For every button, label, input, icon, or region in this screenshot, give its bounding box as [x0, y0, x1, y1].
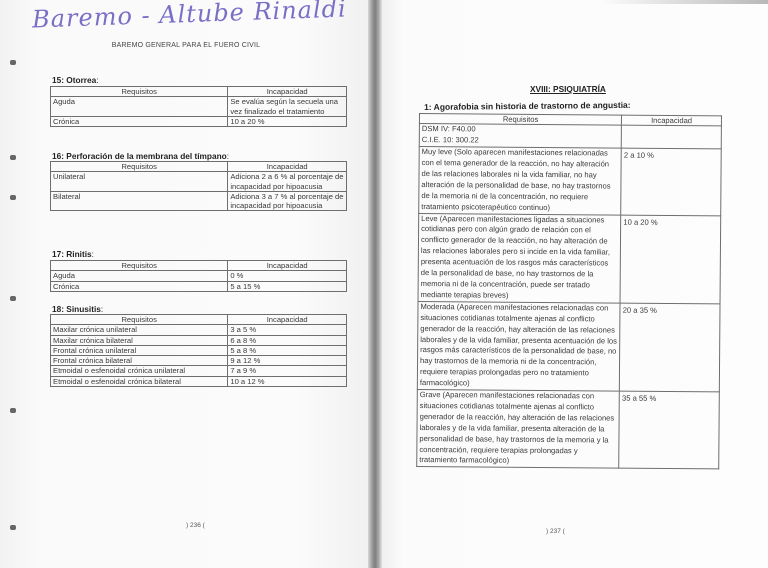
binder-mark	[10, 155, 16, 160]
table-row: Crónica5 a 15 %	[51, 281, 347, 291]
table-rinitis: RequisitosIncapacidad Aguda0 % Crónica5 …	[50, 260, 347, 292]
table-row: Leve (Aparecen manifestaciones ligadas a…	[418, 213, 721, 304]
table-row: Muy leve (Solo aparecen manifestaciones …	[419, 147, 722, 216]
page-number-right: ) 237 (	[546, 528, 565, 535]
table-agorafobia: Requisitos Incapacidad DSM IV: F40.00C.I…	[416, 113, 722, 470]
column-header: Requisitos	[51, 87, 228, 97]
running-head: BAREMO GENERAL PARA EL FUERO CIVIL	[0, 42, 372, 49]
section-title-rinitis: 17: Rinitis:	[52, 249, 94, 259]
table-sinusitis: RequisitosIncapacidad Maxilar crónica un…	[50, 314, 347, 387]
column-header: Incapacidad	[228, 261, 347, 271]
table-row: DSM IV: F40.00C.I.E. 10: 300.22	[419, 124, 721, 149]
binder-mark	[10, 60, 16, 65]
table-row: Crónica10 a 20 %	[51, 116, 347, 126]
table-row: Maxilar crónica bilateral6 a 8 %	[51, 335, 347, 345]
column-header: Requisitos	[51, 315, 228, 325]
book-spine	[368, 0, 382, 568]
column-header: Incapacidad	[228, 315, 347, 325]
table-row: AgudaSe evalúa según la secuela una vez …	[51, 97, 347, 117]
table-row: Frontal crónica unilateral5 a 8 %	[51, 345, 347, 355]
column-header: Incapacidad	[622, 115, 722, 126]
table-row: UnilateralAdiciona 2 a 6 % al porcentaje…	[51, 172, 347, 192]
section-title-sinusitis: 18: Sinusitis:	[52, 304, 103, 314]
table-row: Maxilar crónica unilateral3 a 5 %	[51, 325, 347, 335]
section-title-otorrea: 15: Otorrea:	[52, 75, 99, 85]
binder-mark	[10, 296, 16, 301]
table-row: BilateralAdiciona 3 a 7 % al porcentaje …	[51, 191, 347, 211]
table-row: Etmoidal o esfenoidal crónica unilateral…	[51, 366, 347, 376]
chapter-title: XVIII: PSIQUIATRÍA	[530, 84, 606, 94]
column-header: Incapacidad	[228, 162, 347, 172]
column-header: Requisitos	[51, 162, 228, 172]
column-header: Requisitos	[51, 261, 228, 271]
page-edge-shadow	[600, 0, 768, 4]
binder-mark	[10, 195, 16, 200]
table-row: Aguda0 %	[51, 271, 347, 281]
binder-mark	[10, 408, 16, 413]
section-title-perforacion: 16: Perforación de la membrana del tímpa…	[52, 151, 229, 161]
table-otorrea: RequisitosIncapacidad AgudaSe evalúa seg…	[50, 86, 347, 127]
table-row: Etmoidal o esfenoidal crónica bilateral1…	[51, 376, 347, 386]
table-row: Frontal crónica bilateral9 a 12 %	[51, 356, 347, 366]
table-perforacion: RequisitosIncapacidad UnilateralAdiciona…	[50, 161, 347, 211]
diagnostic-codes: DSM IV: F40.00C.I.E. 10: 300.22	[419, 124, 621, 148]
table-row: Moderada (Aparecen manifestaciones relac…	[417, 301, 720, 392]
page-number-left: ) 236 (	[186, 522, 205, 529]
table-row: Grave (Aparecen manifestaciones relacion…	[417, 390, 720, 470]
binder-mark	[10, 525, 16, 530]
column-header: Incapacidad	[228, 87, 347, 97]
